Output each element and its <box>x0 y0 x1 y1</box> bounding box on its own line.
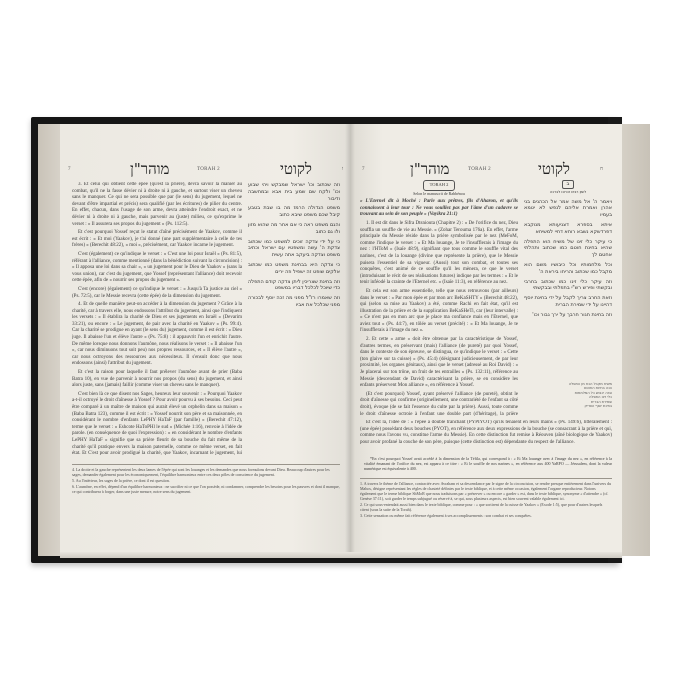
hebrew-source-column: וזה שכתוב וכו' ישראל שמבקש ויהי שבוע וכו… <box>248 182 340 434</box>
torah-label: TORAH 2 <box>197 167 220 172</box>
hebrew-paragraph: וכל מלחמותיו וכל כיבושיו משם הוא מקבל כמ… <box>524 262 612 276</box>
footnote: 3. Cette sensation ou même fait référenc… <box>360 513 612 518</box>
hebrew-paragraph: איתא בספרא דצניעותא מנוקבא דפרדשקא נשבא … <box>524 222 612 236</box>
hebrew-paragraph: כי עיקר כלי זינו של משיח הוא התפלה שהיא … <box>524 239 612 259</box>
page-number: 7 <box>68 167 71 172</box>
hebrew-running-title-secondary: לקוטי <box>538 160 570 179</box>
hebrew-paragraph: וזה בחינת שצריכין ליתן צדקה קודם התפלה כ… <box>248 279 340 293</box>
right-page: 7 מוהר"ן TORAH 2 לקוטי ח TORAH 2 Selon l… <box>350 124 622 556</box>
paragraph: Et cela est son arme essentielle, telle … <box>360 289 518 335</box>
hebrew-paragraph: כי על ידי צדקה זוכים למשפט כמו שכתוב צדק… <box>248 239 340 259</box>
hebrew-paragraph: וזאת החרב צריך לקבל על ידי בחינת יוסף דה… <box>524 295 612 309</box>
hebrew-running-title: מוהר"ן <box>130 160 169 179</box>
page-number: 7 <box>362 167 365 172</box>
hebrew-paragraph: והגם משפט ראה כי אם אחר מה שהוא מזון ולו… <box>248 222 340 236</box>
paragraph: C'est (encore) (également) ce qu'indique… <box>72 287 242 300</box>
hebrew-section-heading: ב <box>524 180 612 189</box>
hebrew-paragraph: וזה עיקר כלי זינו כמו שכתוב בחרבי ובקשתי… <box>524 279 612 293</box>
note-text: *En c'est pourquoi Yossef avait accédé à… <box>364 456 612 471</box>
hebrew-page-number: ו <box>342 167 343 172</box>
paragraph: 1. Il est dit dans le Sifra Dtsniouta (C… <box>360 221 518 287</box>
hebrew-paragraph: כי צדקה היא בבחינת משפט כמו שכתוב אלקים … <box>248 262 340 276</box>
hebrew-running-title-secondary: לקוטי <box>280 160 312 179</box>
hebrew-subtitle: לשון רבינו זכרונו לברכה <box>524 189 612 196</box>
hebrew-paragraph: וזה שכתוב וכו' ישראל שמבקש ויהי שבוע וכו… <box>248 182 340 202</box>
hebrew-commentary-notes: משיח מקבל הכח מן התפלה הנה בחינת החוטם ו… <box>524 382 612 422</box>
paragraph: (Et c'est pourquoi) Yossef, ayant préser… <box>360 392 518 416</box>
asterisk-note: *En c'est pourquoi Yossef avait accédé à… <box>364 456 612 476</box>
footnotes: 4. La droite et la gauche représentent l… <box>72 464 340 500</box>
paragraph: Et c'est la raison pour laquelle il faut… <box>72 370 242 390</box>
section-subtitle: Selon le manuscrit de Rabbénou <box>360 191 518 198</box>
right-page-header: 7 מוהר"ן TORAH 2 לקוטי ח <box>350 160 622 180</box>
page-edges-left <box>38 124 62 556</box>
footnotes: 1. A travers le thème de l'alliance, con… <box>360 478 612 522</box>
french-translation-column: 3. Et celui qui obtient cette épée (qu'e… <box>72 182 242 458</box>
paragraph: C'est bien là ce que disent nos Sages, h… <box>72 392 242 458</box>
paragraph: 4. Et de quelle manière peut-on accéder … <box>72 302 242 368</box>
page-bottom-edge <box>60 552 622 558</box>
book-gutter <box>345 124 355 556</box>
section-heading: TORAH 2 <box>360 180 518 191</box>
footnote: 1. A travers le thème de l'alliance, con… <box>360 481 612 501</box>
hebrew-page-number: ח <box>600 167 603 172</box>
hebrew-running-title: מוהר"ן <box>410 160 449 179</box>
torah-label: TORAH 2 <box>468 167 491 172</box>
hebrew-paragraph: וזה בחינת חגור חרבך על ירך גבור וכו' <box>524 312 612 319</box>
paragraph: Et c'est pourquoi Yossef reçut le statut… <box>72 230 242 250</box>
french-continuation: Et c'est là, l'idée de : « l'épée à doub… <box>360 420 612 454</box>
left-page: 7 מוהר"ן TORAH 2 לקוטי ו 3. Et celui qui… <box>60 124 350 556</box>
paragraph: 2. Et cette « arme » doit être obtenue p… <box>360 337 518 390</box>
footnote: 2. Ce qui sous-entendait aussi bien dans… <box>360 502 612 512</box>
left-page-header: 7 מוהר"ן TORAH 2 לקוטי ו <box>60 160 350 180</box>
paragraph: C'est (également) ce qu'indique le verse… <box>72 252 242 285</box>
commentary-note: בחינת יוסף הצדיק <box>524 404 612 408</box>
footnote: 4. La droite et la gauche représentent l… <box>72 467 340 477</box>
paragraph: 3. Et celui qui obtient cette épée (qu'e… <box>72 182 242 228</box>
hebrew-paragraph: ויאמר ה' אל משה אמר אל הכהנים בני אהרן ו… <box>524 199 612 219</box>
french-translation-column: TORAH 2 Selon le manuscrit de Rabbénou «… <box>360 180 518 416</box>
paragraph: Et c'est là, l'idée de : « l'épée à doub… <box>360 420 612 446</box>
hebrew-paragraph: משפט הגדולה הרמז מה בו שבת בטבע קיבל שכם… <box>248 205 340 219</box>
hebrew-source-column: ב לשון רבינו זכרונו לברכה ויאמר ה' אל מש… <box>524 180 612 380</box>
hebrew-section-box: ב <box>562 180 575 189</box>
page-edges-right <box>622 124 650 556</box>
section-box: TORAH 2 <box>423 180 456 191</box>
footnote: 5. Au l'intérieur, les sages de la prièr… <box>72 478 340 483</box>
footnote: 6. L'aumône, en effet, dépend d'un équil… <box>72 484 340 494</box>
hebrew-paragraph: וזה שאמרו רז"ל מפני מה זכה יוסף לבכורה מ… <box>248 295 340 309</box>
opening-quote: « L'Eternel dit à Moché : Parle aux prêt… <box>360 199 518 219</box>
